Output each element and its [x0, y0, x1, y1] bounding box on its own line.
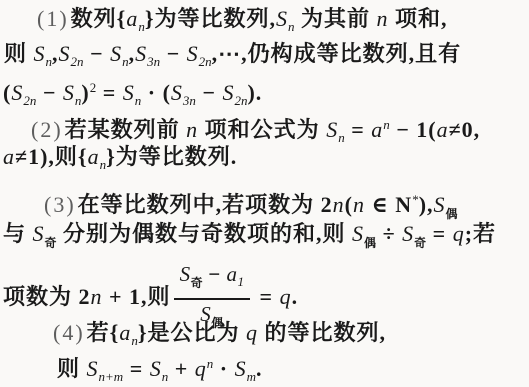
item-1-line-2: 则 Sn,S2n − Sn,S3n − S2n,⋯,仍构成等比数列,且有 — [4, 41, 461, 75]
item-1-line-1: (1)数列{an}为等比数列,Sn 为其前 n 项和, — [37, 6, 448, 40]
text-run: 分别为偶数与奇数项的和,则 — [57, 221, 353, 246]
item-number: (1) — [37, 6, 71, 31]
subscript-cjk: 奇 — [45, 236, 57, 250]
text-run: − 1( — [390, 117, 437, 142]
math-variable: q — [246, 320, 258, 345]
math-variable: q — [280, 284, 292, 309]
fraction-numerator: S奇 − a1 — [174, 262, 250, 300]
text-run: }为等比数列, — [145, 6, 276, 31]
math-variable: S — [402, 221, 414, 246]
text-run: = — [345, 117, 372, 142]
text-run: }是公比为 — [138, 320, 246, 345]
math-variable: S — [135, 41, 147, 66]
text-run: 在等比数列中,若项数为 2 — [78, 192, 333, 217]
text-run: 则 — [4, 41, 34, 66]
math-variable: a — [88, 144, 100, 169]
math-variable: a — [119, 320, 131, 345]
math-variable: S — [222, 80, 234, 105]
text-run: − — [196, 80, 223, 105]
item-number: (3) — [44, 192, 78, 217]
subscript-cjk: 奇 — [191, 276, 203, 290]
text-run: . — [292, 284, 299, 309]
text-run: ), — [419, 192, 434, 217]
text-run: 为其前 — [295, 6, 377, 31]
text-run: = — [253, 284, 280, 309]
subscript: 3n — [147, 54, 160, 69]
text-run: ≠0, — [449, 117, 481, 142]
item-4-line-1: (4)若{an}是公比为 q 的等比数列, — [53, 320, 386, 354]
text-run: − — [203, 262, 227, 286]
text-run: 若某数列前 — [65, 117, 187, 142]
text-run: = — [123, 356, 150, 381]
subscript: 3n — [183, 93, 196, 108]
math-variable: a — [371, 117, 383, 142]
text-run: 则 — [57, 356, 87, 381]
subscript: 2n — [234, 93, 247, 108]
text-run: · — [213, 356, 234, 381]
math-variable: S — [59, 41, 71, 66]
item-2-line-2: a≠1),则{an}为等比数列. — [3, 144, 237, 178]
text-run: ≠1),则{ — [15, 144, 88, 169]
text-run: ,⋯,仍构成等比数列,且有 — [212, 41, 462, 66]
item-number: (2) — [31, 117, 65, 142]
math-variable: a — [3, 144, 15, 169]
subscript: 2n — [71, 54, 84, 69]
subscript: 2n — [199, 54, 212, 69]
item-number: (4) — [53, 320, 87, 345]
bold-set-symbol: N — [395, 192, 412, 217]
math-variable: S — [352, 221, 364, 246]
text-run: = — [96, 80, 123, 105]
item-1-line-3: (S2n − Sn)2 = Sn · (S3n − S2n). — [3, 75, 262, 114]
text-run: 项和公式为 — [198, 117, 326, 142]
math-variable: S — [187, 41, 199, 66]
text-run: ÷ — [376, 221, 402, 246]
math-variable: S — [110, 41, 122, 66]
math-variable: S — [276, 6, 288, 31]
text-run: ). — [247, 80, 262, 105]
math-variable: S — [87, 356, 99, 381]
text-run: ) — [81, 80, 89, 105]
text-run: − — [160, 41, 187, 66]
subscript: 2n — [23, 93, 36, 108]
text-run: }为等比数列. — [106, 144, 237, 169]
math-variable: S — [150, 356, 162, 381]
subscript: 1 — [238, 274, 245, 289]
math-variable: a — [227, 262, 238, 286]
text-run: ( — [345, 192, 353, 217]
subscript: m — [247, 369, 256, 384]
text-run: 与 — [3, 221, 33, 246]
document-page: (1)数列{an}为等比数列,Sn 为其前 n 项和,则 Sn,S2n − Sn… — [0, 0, 529, 387]
text-run: + — [168, 356, 195, 381]
subscript-cjk: 偶 — [446, 207, 458, 221]
text-run: 的等比数列, — [258, 320, 386, 345]
item-3-line-2: 与 S奇 分别为偶数与奇数项的和,则 S偶 ÷ S奇 = q;若 — [3, 221, 496, 256]
text-run: 项数为 2 — [3, 284, 91, 309]
text-run: 项和, — [389, 6, 448, 31]
math-variable: S — [11, 80, 23, 105]
math-variable: n — [186, 117, 198, 142]
math-variable: S — [235, 356, 247, 381]
text-run: ;若 — [465, 221, 496, 246]
text-run: · ( — [141, 80, 171, 105]
subscript-cjk: 奇 — [414, 236, 426, 250]
math-variable: a — [126, 6, 138, 31]
text-content: (1)数列{an}为等比数列,Sn 为其前 n 项和,则 Sn,S2n − Sn… — [0, 0, 529, 387]
text-run: − — [84, 41, 111, 66]
math-variable: a — [437, 117, 449, 142]
text-run: + 1,则 — [103, 284, 171, 309]
math-variable: S — [326, 117, 338, 142]
math-variable: S — [33, 221, 45, 246]
text-run: 若{ — [87, 320, 120, 345]
math-variable: S — [434, 192, 446, 217]
math-variable: n — [333, 192, 345, 217]
subscript: n+m — [99, 369, 124, 384]
text-run: − — [36, 80, 63, 105]
math-variable: q — [453, 221, 465, 246]
math-variable: n — [377, 6, 389, 31]
math-variable: S — [171, 80, 183, 105]
math-variable: n — [91, 284, 103, 309]
text-run: 数列{ — [71, 6, 127, 31]
math-variable: q — [195, 356, 207, 381]
text-run: = — [426, 221, 453, 246]
subscript-cjk: 偶 — [364, 236, 376, 250]
math-variable: S — [180, 262, 191, 286]
math-variable: S — [34, 41, 46, 66]
text-run: . — [256, 356, 263, 381]
text-run: ∈ — [365, 192, 395, 217]
math-variable: S — [123, 80, 135, 105]
math-variable: S — [63, 80, 75, 105]
math-variable: n — [353, 192, 365, 217]
item-4-line-2: 则 Sn+m = Sn + qn · Sm. — [57, 351, 263, 387]
